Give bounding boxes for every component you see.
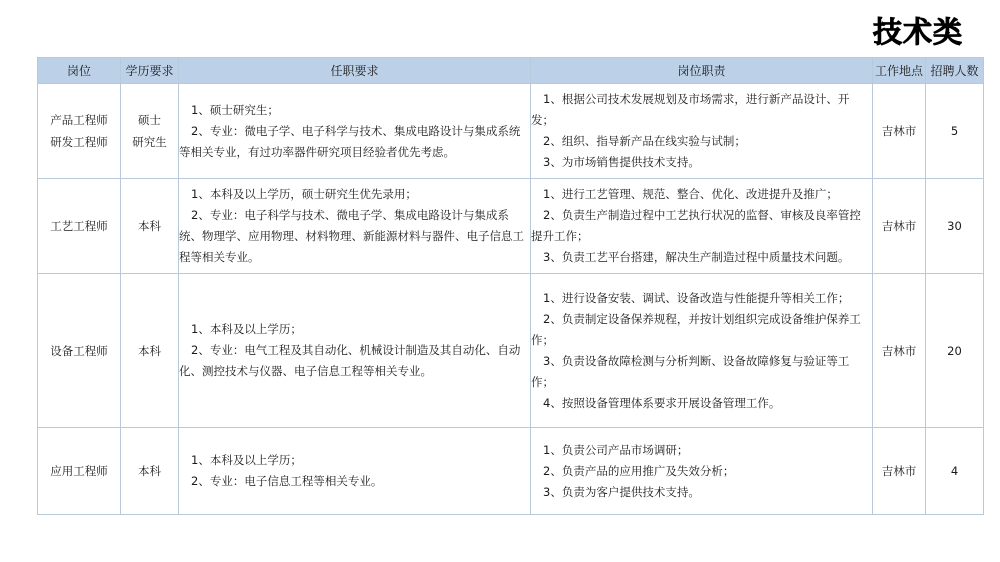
headcount-cell: 4	[926, 428, 984, 515]
header-position: 岗位	[38, 58, 121, 84]
position-title: 设备工程师	[38, 340, 120, 362]
table-row: 设备工程师 本科 1、本科及以上学历； 2、专业：电气工程及其自动化、机械设计制…	[38, 274, 984, 428]
duty-item: 2、负责产品的应用推广及失效分析；	[531, 461, 872, 482]
education-cell: 硕士 研究生	[121, 84, 179, 179]
header-location: 工作地点	[873, 58, 926, 84]
education-text: 本科	[121, 460, 178, 482]
requirements-cell: 1、本科及以上学历，硕士研究生优先录用； 2、专业：电子科学与技术、微电子学、集…	[179, 179, 531, 274]
requirement-item: 1、本科及以上学历；	[179, 319, 530, 340]
headcount-cell: 30	[926, 179, 984, 274]
duties-cell: 1、根据公司技术发展规划及市场需求，进行新产品设计、开发； 2、组织、指导新产品…	[531, 84, 873, 179]
table-row: 应用工程师 本科 1、本科及以上学历； 2、专业：电子信息工程等相关专业。 1、…	[38, 428, 984, 515]
table-header-row: 岗位 学历要求 任职要求 岗位职责 工作地点 招聘人数	[38, 58, 984, 84]
duty-item: 3、负责为客户提供技术支持。	[531, 482, 872, 503]
headcount-cell: 20	[926, 274, 984, 428]
requirement-item: 1、本科及以上学历；	[179, 450, 530, 471]
duties-cell: 1、进行设备安装、调试、设备改造与性能提升等相关工作； 2、负责制定设备保养规程…	[531, 274, 873, 428]
position-cell: 工艺工程师	[38, 179, 121, 274]
duty-item: 3、负责设备故障检测与分析判断、设备故障修复与验证等工作；	[531, 351, 872, 393]
location-cell: 吉林市	[873, 84, 926, 179]
education-cell: 本科	[121, 274, 179, 428]
education-cell: 本科	[121, 179, 179, 274]
page-title: 技术类	[873, 14, 963, 50]
education-text: 本科	[121, 340, 178, 362]
header-education: 学历要求	[121, 58, 179, 84]
requirement-item: 2、专业：电子科学与技术、微电子学、集成电路设计与集成系统、物理学、应用物理、材…	[179, 205, 530, 268]
header-duties: 岗位职责	[531, 58, 873, 84]
table-row: 工艺工程师 本科 1、本科及以上学历，硕士研究生优先录用； 2、专业：电子科学与…	[38, 179, 984, 274]
education-text: 本科	[121, 215, 178, 237]
duty-item: 1、进行工艺管理、规范、整合、优化、改进提升及推广；	[531, 184, 872, 205]
duties-cell: 1、负责公司产品市场调研； 2、负责产品的应用推广及失效分析； 3、负责为客户提…	[531, 428, 873, 515]
duty-item: 2、组织、指导新产品在线实验与试制；	[531, 131, 872, 152]
header-headcount: 招聘人数	[926, 58, 984, 84]
location-cell: 吉林市	[873, 274, 926, 428]
header-requirements: 任职要求	[179, 58, 531, 84]
location-cell: 吉林市	[873, 428, 926, 515]
table-row: 产品工程师 研发工程师 硕士 研究生 1、硕士研究生； 2、专业：微电子学、电子…	[38, 84, 984, 179]
duties-cell: 1、进行工艺管理、规范、整合、优化、改进提升及推广； 2、负责生产制造过程中工艺…	[531, 179, 873, 274]
requirement-item: 1、本科及以上学历，硕士研究生优先录用；	[179, 184, 530, 205]
duty-item: 2、负责生产制造过程中工艺执行状况的监督、审核及良率管控提升工作；	[531, 205, 872, 247]
position-cell: 产品工程师 研发工程师	[38, 84, 121, 179]
education-text: 研究生	[121, 131, 178, 153]
position-title: 产品工程师	[38, 109, 120, 131]
duty-item: 2、负责制定设备保养规程，并按计划组织完成设备维护保养工作；	[531, 309, 872, 351]
position-title: 研发工程师	[38, 131, 120, 153]
requirement-item: 2、专业：微电子学、电子科学与技术、集成电路设计与集成系统等相关专业，有过功率器…	[179, 121, 530, 163]
requirement-item: 1、硕士研究生；	[179, 100, 530, 121]
requirements-cell: 1、硕士研究生； 2、专业：微电子学、电子科学与技术、集成电路设计与集成系统等相…	[179, 84, 531, 179]
position-title: 应用工程师	[38, 460, 120, 482]
education-text: 硕士	[121, 109, 178, 131]
duty-item: 1、进行设备安装、调试、设备改造与性能提升等相关工作；	[531, 288, 872, 309]
requirements-cell: 1、本科及以上学历； 2、专业：电子信息工程等相关专业。	[179, 428, 531, 515]
requirement-item: 2、专业：电气工程及其自动化、机械设计制造及其自动化、自动化、测控技术与仪器、电…	[179, 340, 530, 382]
education-cell: 本科	[121, 428, 179, 515]
duty-item: 4、按照设备管理体系要求开展设备管理工作。	[531, 393, 872, 414]
duty-item: 3、为市场销售提供技术支持。	[531, 152, 872, 173]
duty-item: 1、根据公司技术发展规划及市场需求，进行新产品设计、开发；	[531, 89, 872, 131]
job-requirements-table: 岗位 学历要求 任职要求 岗位职责 工作地点 招聘人数 产品工程师 研发工程师 …	[37, 57, 984, 515]
headcount-cell: 5	[926, 84, 984, 179]
duty-item: 3、负责工艺平台搭建，解决生产制造过程中质量技术问题。	[531, 247, 872, 268]
duty-item: 1、负责公司产品市场调研；	[531, 440, 872, 461]
requirement-item: 2、专业：电子信息工程等相关专业。	[179, 471, 530, 492]
position-title: 工艺工程师	[38, 215, 120, 237]
position-cell: 设备工程师	[38, 274, 121, 428]
requirements-cell: 1、本科及以上学历； 2、专业：电气工程及其自动化、机械设计制造及其自动化、自动…	[179, 274, 531, 428]
position-cell: 应用工程师	[38, 428, 121, 515]
location-cell: 吉林市	[873, 179, 926, 274]
